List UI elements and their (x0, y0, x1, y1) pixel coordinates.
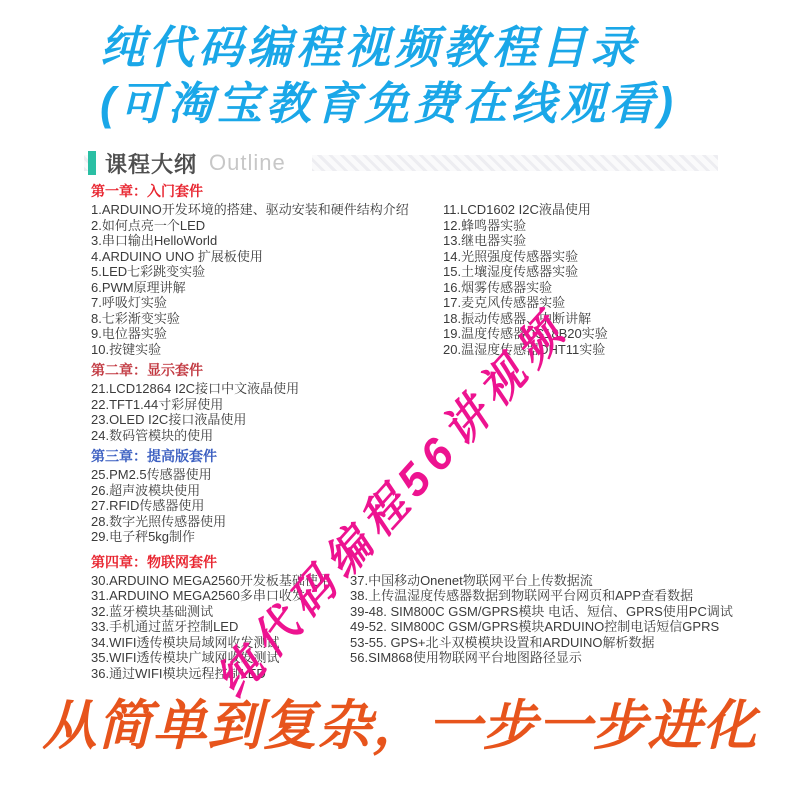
course-item: 35.WIFI透传模块广域网收发测试 (91, 650, 350, 666)
chapter-heading: 第三章：提高版套件 (91, 448, 790, 465)
course-item: 3.串口输出HelloWorld (91, 233, 443, 249)
outline-label: 课程大纲 Outline (88, 146, 312, 180)
course-item: 1.ARDUINO开发环境的搭建、驱动安装和硬件结构介绍 (91, 202, 443, 218)
course-item: 38.上传温湿度传感器数据到物联网平台网页和APP查看数据 (350, 588, 733, 604)
course-item: 29.电子秤5kg制作 (91, 529, 226, 545)
chapter-list: 第一章：入门套件1.ARDUINO开发环境的搭建、驱动安装和硬件结构介绍2.如何… (91, 183, 790, 686)
chapter-column: 30.ARDUINO MEGA2560开发板基础使用31.ARDUINO MEG… (91, 573, 350, 682)
course-item: 25.PM2.5传感器使用 (91, 467, 226, 483)
course-item: 15.土壤湿度传感器实验 (443, 264, 608, 280)
chapter-columns: 25.PM2.5传感器使用26.超声波模块使用27.RFID传感器使用28.数字… (91, 467, 790, 545)
course-item: 27.RFID传感器使用 (91, 498, 226, 514)
chapter-column: 21.LCD12864 I2C接口中文液晶使用22.TFT1.44寸彩屏使用23… (91, 381, 299, 443)
course-item: 39-48. SIM800C GSM/GPRS模块 电话、短信、GPRS使用PC… (350, 604, 733, 620)
course-item: 34.WIFI透传模块局域网收发测试 (91, 635, 350, 651)
title-line-2: (可淘宝教育免费在线观看) (100, 76, 800, 132)
course-item: 30.ARDUINO MEGA2560开发板基础使用 (91, 573, 350, 589)
course-item: 28.数字光照传感器使用 (91, 514, 226, 530)
chapter-column: 1.ARDUINO开发环境的搭建、驱动安装和硬件结构介绍2.如何点亮一个LED3… (91, 202, 443, 357)
course-item: 37.中国移动Onenet物联网平台上传数据流 (350, 573, 733, 589)
course-item: 33.手机通过蓝牙控制LED (91, 619, 350, 635)
course-item: 53-55. GPS+北斗双模模块设置和ARDUINO解析数据 (350, 635, 733, 651)
course-item: 2.如何点亮一个LED (91, 218, 443, 234)
course-item: 26.超声波模块使用 (91, 483, 226, 499)
course-item: 17.麦克风传感器实验 (443, 295, 608, 311)
course-item: 22.TFT1.44寸彩屏使用 (91, 397, 299, 413)
course-item: 14.光照强度传感器实验 (443, 249, 608, 265)
chapter-heading: 第四章：物联网套件 (91, 554, 790, 571)
course-item: 12.蜂鸣器实验 (443, 218, 608, 234)
chapter-section: 第三章：提高版套件25.PM2.5传感器使用26.超声波模块使用27.RFID传… (91, 448, 790, 545)
course-item: 49-52. SIM800C GSM/GPRS模块ARDUINO控制电话短信GP… (350, 619, 733, 635)
course-item: 19.温度传感器DS18B20实验 (443, 326, 608, 342)
course-item: 31.ARDUINO MEGA2560多串口收发 (91, 588, 350, 604)
course-item: 18.振动传感器、中断讲解 (443, 311, 608, 327)
course-item: 16.烟雾传感器实验 (443, 280, 608, 296)
course-item: 11.LCD1602 I2C液晶使用 (443, 202, 608, 218)
accent-bar (88, 151, 96, 175)
chapter-section: 第一章：入门套件1.ARDUINO开发环境的搭建、驱动安装和硬件结构介绍2.如何… (91, 183, 790, 357)
chapter-section: 第四章：物联网套件30.ARDUINO MEGA2560开发板基础使用31.AR… (91, 554, 790, 682)
course-item: 32.蓝牙模块基础测试 (91, 604, 350, 620)
course-item: 36.通过WIFI模块远程控制LED (91, 666, 350, 682)
chapter-heading: 第一章：入门套件 (91, 183, 790, 200)
outline-header: 课程大纲 Outline (88, 146, 800, 180)
outline-title-zh: 课程大纲 (105, 148, 197, 179)
chapter-column: 37.中国移动Onenet物联网平台上传数据流38.上传温湿度传感器数据到物联网… (350, 573, 733, 666)
chapter-column: 25.PM2.5传感器使用26.超声波模块使用27.RFID传感器使用28.数字… (91, 467, 226, 545)
course-item: 9.电位器实验 (91, 326, 443, 342)
chapter-section: 第二章：显示套件21.LCD12864 I2C接口中文液晶使用22.TFT1.4… (91, 362, 790, 443)
chapter-column: 11.LCD1602 I2C液晶使用12.蜂鸣器实验13.继电器实验14.光照强… (443, 202, 608, 357)
poster-title: 纯代码编程视频教程目录 (可淘宝教育免费在线观看) (100, 20, 800, 132)
course-item: 56.SIM868使用物联网平台地图路径显示 (350, 650, 733, 666)
course-item: 6.PWM原理讲解 (91, 280, 443, 296)
footer-slogan: 从简单到复杂，一步一步进化 (0, 690, 800, 762)
course-item: 7.呼吸灯实验 (91, 295, 443, 311)
course-item: 13.继电器实验 (443, 233, 608, 249)
chapter-heading: 第二章：显示套件 (91, 362, 790, 379)
chapter-columns: 21.LCD12864 I2C接口中文液晶使用22.TFT1.44寸彩屏使用23… (91, 381, 790, 443)
course-item: 10.按键实验 (91, 342, 443, 358)
course-item: 5.LED七彩跳变实验 (91, 264, 443, 280)
course-item: 23.OLED I2C接口液晶使用 (91, 412, 299, 428)
chapter-columns: 1.ARDUINO开发环境的搭建、驱动安装和硬件结构介绍2.如何点亮一个LED3… (91, 202, 790, 357)
title-line-1: 纯代码编程视频教程目录 (100, 20, 800, 76)
course-item: 20.温湿度传感器DHT11实验 (443, 342, 608, 358)
course-item: 8.七彩渐变实验 (91, 311, 443, 327)
course-item: 21.LCD12864 I2C接口中文液晶使用 (91, 381, 299, 397)
course-item: 24.数码管模块的使用 (91, 428, 299, 444)
chapter-columns: 30.ARDUINO MEGA2560开发板基础使用31.ARDUINO MEG… (91, 573, 790, 682)
outline-title-en: Outline (209, 150, 286, 176)
course-item: 4.ARDUINO UNO 扩展板使用 (91, 249, 443, 265)
